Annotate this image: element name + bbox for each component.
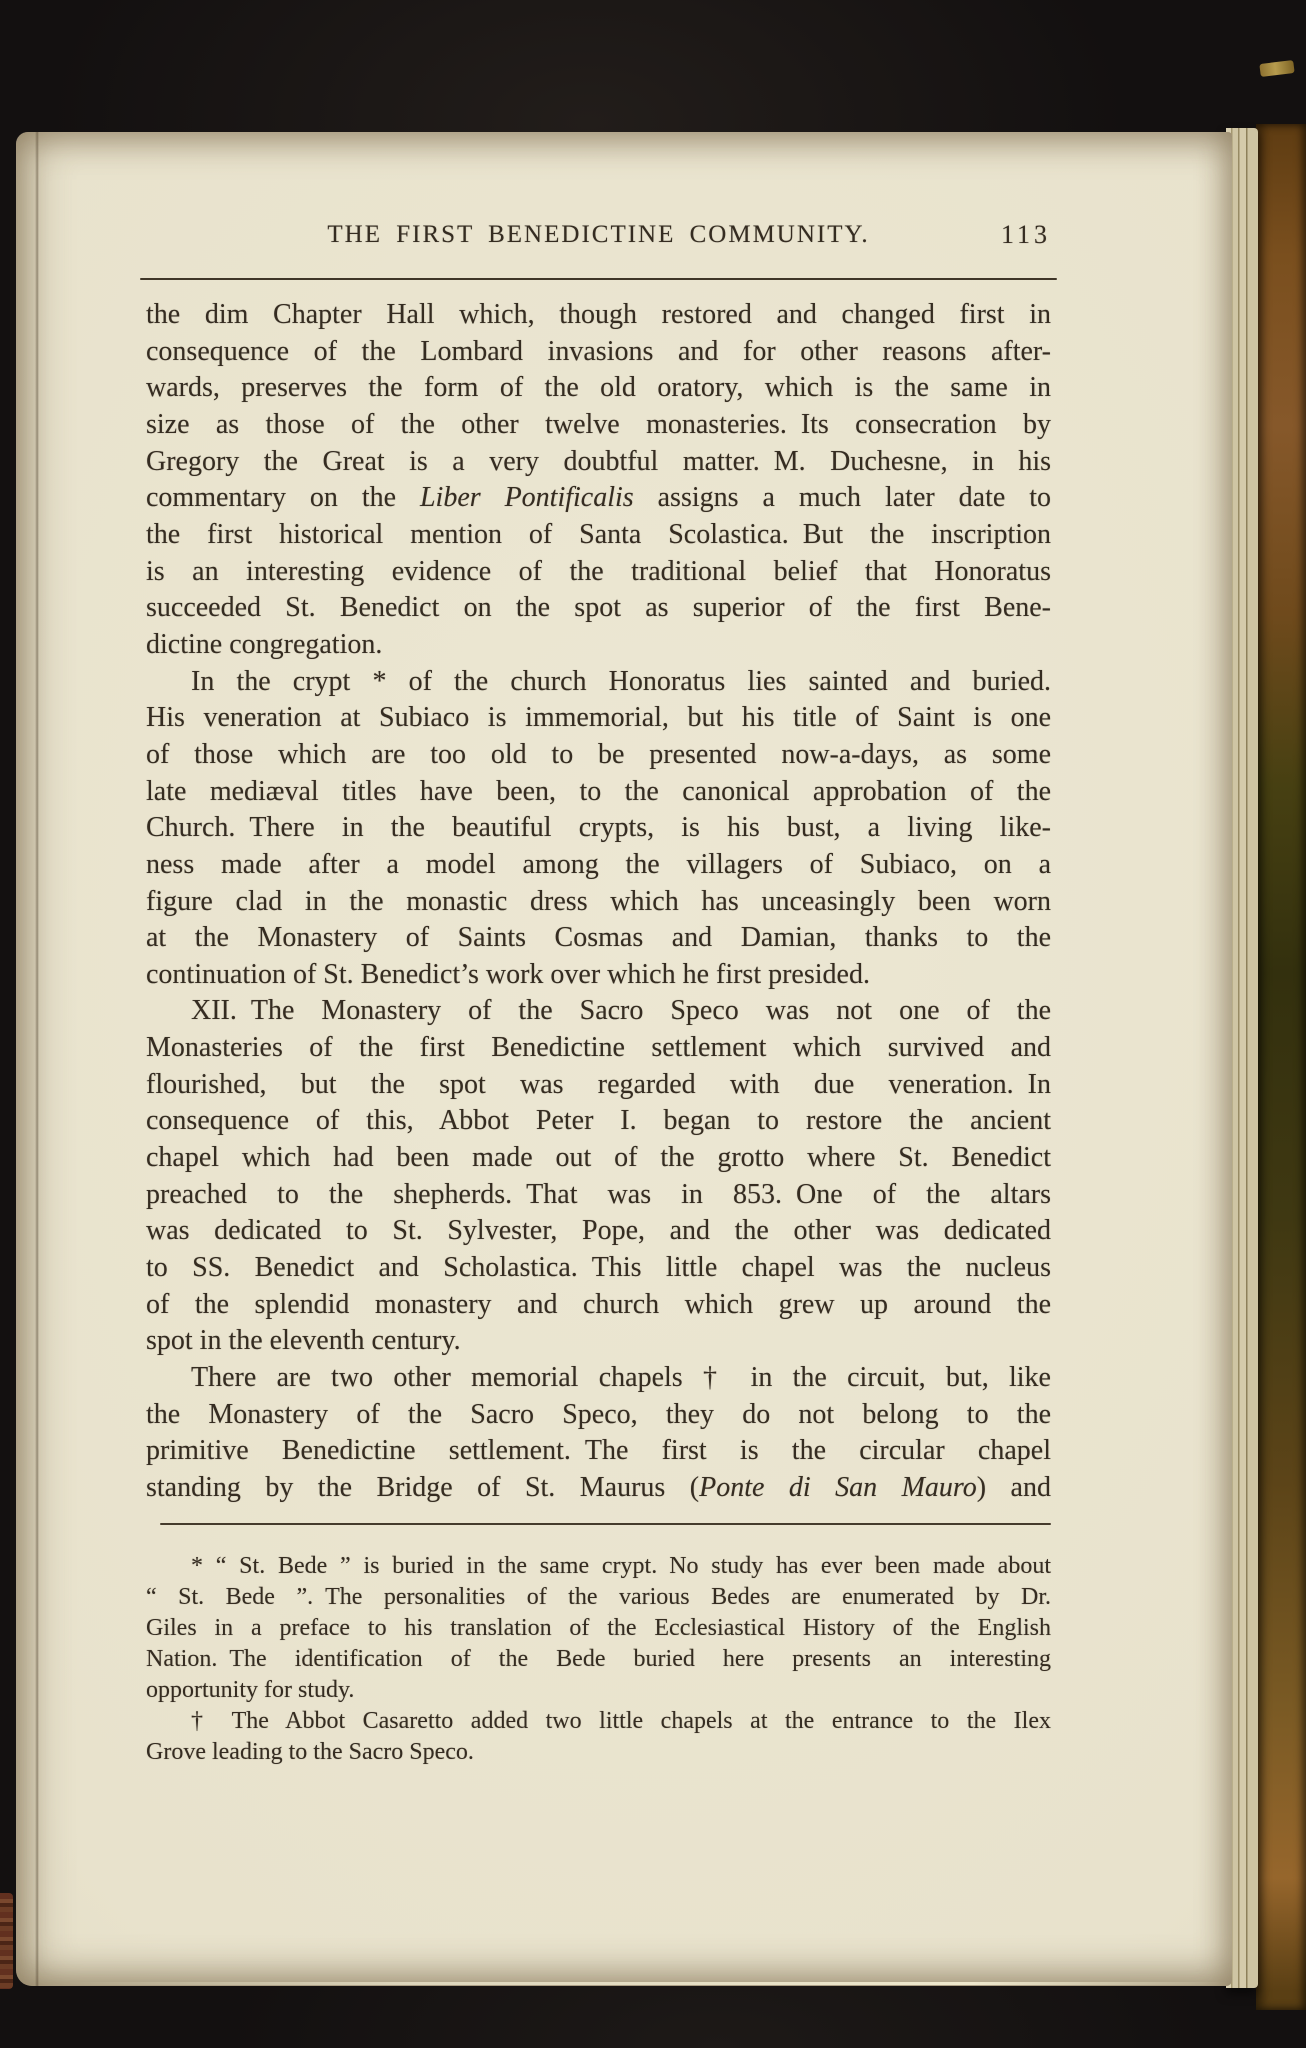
text-line: figure clad in the monastic dress which …: [146, 884, 1051, 921]
text-line: Giles in a preface to his translation of…: [146, 1613, 1051, 1644]
text-line: † The Abbot Casaretto added two little c…: [146, 1706, 1051, 1737]
photo-backdrop: THE FIRST BENEDICTINE COMMUNITY. 113 the…: [0, 0, 1306, 2048]
text-line: of those which are too old to be present…: [146, 737, 1051, 774]
running-head: THE FIRST BENEDICTINE COMMUNITY. 113: [146, 218, 1051, 252]
text-line: continuation of St. Benedict’s work over…: [146, 957, 1051, 994]
text-line: Gregory the Great is a very doubtful mat…: [146, 444, 1051, 481]
text-line: opportunity for study.: [146, 1675, 1051, 1706]
page-content: THE FIRST BENEDICTINE COMMUNITY. 113 the…: [146, 132, 1051, 1768]
text-line: wards, preserves the form of the old ora…: [146, 370, 1051, 407]
text-line: There are two other memorial chapels † i…: [146, 1360, 1051, 1397]
text-line: at the Monastery of Saints Cosmas and Da…: [146, 920, 1051, 957]
page-number: 113: [1001, 218, 1051, 252]
text-line: spot in the eleventh century.: [146, 1323, 1051, 1360]
text-line: was dedicated to St. Sylvester, Pope, an…: [146, 1213, 1051, 1250]
text-line: His veneration at Subiaco is immemorial,…: [146, 700, 1051, 737]
book-cover-corner: [1259, 60, 1294, 77]
text-line: Nation. The identification of the Bede b…: [146, 1644, 1051, 1675]
text-line: of the splendid monastery and church whi…: [146, 1287, 1051, 1324]
text-line: the first historical mention of Santa Sc…: [146, 517, 1051, 554]
text-line: preached to the shepherds. That was in 8…: [146, 1177, 1051, 1214]
body-text: the dim Chapter Hall which, though resto…: [146, 297, 1051, 1507]
gutter-shadow: [35, 132, 39, 1986]
text-line: consequence of this, Abbot Peter I. bega…: [146, 1103, 1051, 1140]
text-line: “ St. Bede ”. The personalities of the v…: [146, 1582, 1051, 1613]
text-line: is an interesting evidence of the tradit…: [146, 554, 1051, 591]
footnotes: * “ St. Bede ” is buried in the same cry…: [146, 1551, 1051, 1768]
text-line: XII. The Monastery of the Sacro Speco wa…: [146, 993, 1051, 1030]
page-bottom-edge: [60, 1982, 1230, 1985]
text-line: late mediæval titles have been, to the c…: [146, 774, 1051, 811]
text-line: ness made after a model among the villag…: [146, 847, 1051, 884]
text-line: Monasteries of the first Benedictine set…: [146, 1030, 1051, 1067]
book-cover-edge: [1256, 124, 1306, 2010]
book-page: THE FIRST BENEDICTINE COMMUNITY. 113 the…: [16, 132, 1232, 1986]
text-line: flourished, but the spot was regarded wi…: [146, 1067, 1051, 1104]
text-line: In the crypt * of the church Honoratus l…: [146, 664, 1051, 701]
text-line: Grove leading to the Sacro Speco.: [146, 1737, 1051, 1768]
text-line: * “ St. Bede ” is buried in the same cry…: [146, 1551, 1051, 1582]
text-line: dictine congregation.: [146, 627, 1051, 664]
text-line: Church. There in the beautiful crypts, i…: [146, 810, 1051, 847]
text-line: chapel which had been made out of the gr…: [146, 1140, 1051, 1177]
running-header-title: THE FIRST BENEDICTINE COMMUNITY.: [327, 221, 869, 248]
header-rule: [140, 278, 1057, 280]
text-line: the Monastery of the Sacro Speco, they d…: [146, 1397, 1051, 1434]
text-line: standing by the Bridge of St. Maurus (Po…: [146, 1470, 1051, 1507]
text-line: to SS. Benedict and Scholastica. This li…: [146, 1250, 1051, 1287]
footnote-rule: [160, 1523, 1051, 1525]
text-line: succeeded St. Benedict on the spot as su…: [146, 590, 1051, 627]
page-fore-edge-speckles: [0, 1893, 13, 1989]
text-line: primitive Benedictine settlement. The fi…: [146, 1433, 1051, 1470]
text-line: consequence of the Lombard invasions and…: [146, 334, 1051, 371]
text-line: the dim Chapter Hall which, though resto…: [146, 297, 1051, 334]
text-line: commentary on the Liber Pontificalis ass…: [146, 480, 1051, 517]
text-line: size as those of the other twelve monast…: [146, 407, 1051, 444]
